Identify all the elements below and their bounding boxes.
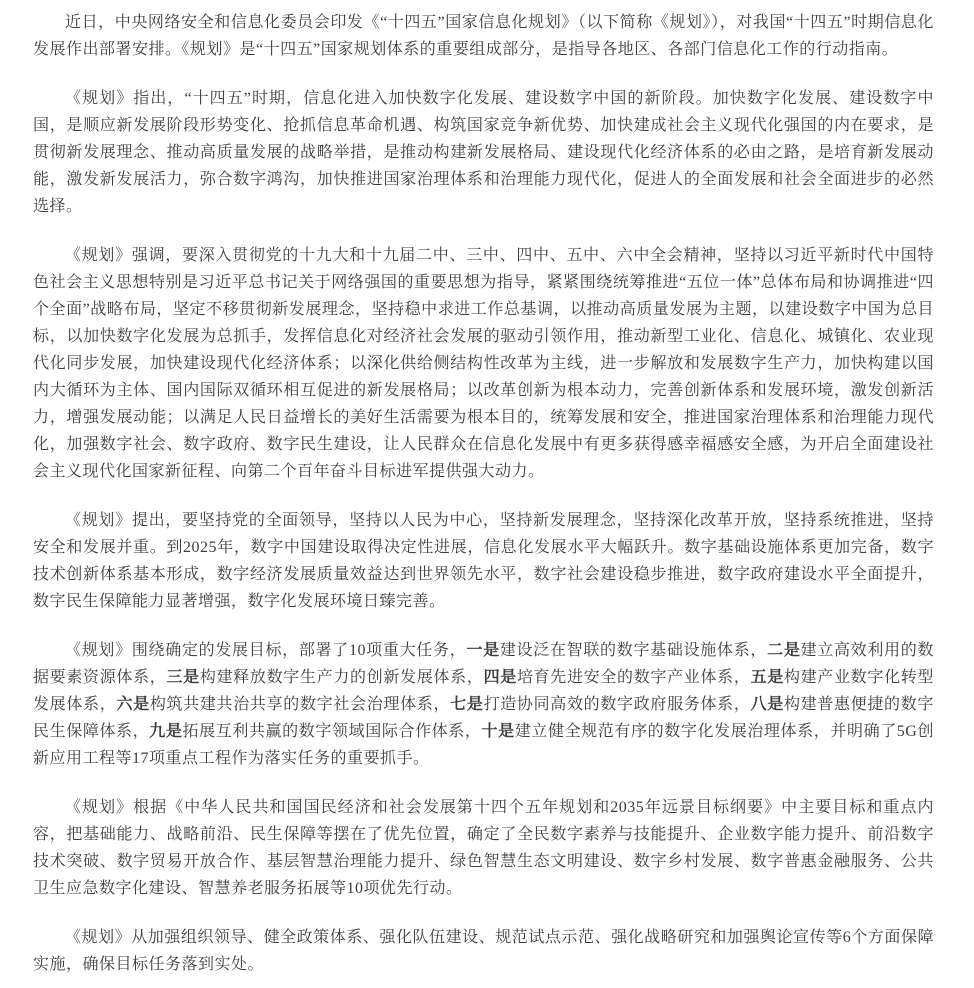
paragraph: 《规划》从加强组织领导、健全政策体系、强化队伍建设、规范试点示范、强化战略研究和… [33, 924, 934, 978]
emphasis-run: 四是 [484, 669, 517, 686]
paragraph: 《规划》指出，“十四五”时期，信息化进入加快数字化发展、建设数字中国的新阶段。加… [33, 85, 934, 220]
text-run: 打造协同高效的数字政府服务体系， [484, 696, 751, 713]
emphasis-run: 六是 [116, 696, 149, 713]
emphasis-run: 一是 [466, 642, 499, 659]
text-run: 《规划》强调，要深入贯彻党的十九大和十九届二中、三中、四中、五中、六中全会精神，… [33, 247, 934, 480]
text-run: 构建释放数字生产力的创新发展体系， [200, 669, 484, 686]
emphasis-run: 五是 [751, 669, 784, 686]
text-run: 建设泛在智联的数字基础设施体系， [500, 642, 767, 659]
text-run: 《规划》指出，“十四五”时期，信息化进入加快数字化发展、建设数字中国的新阶段。加… [33, 90, 934, 215]
emphasis-run: 十是 [482, 723, 515, 740]
paragraph: 《规划》强调，要深入贯彻党的十九大和十九届二中、三中、四中、五中、六中全会精神，… [33, 242, 934, 485]
paragraph: 《规划》围绕确定的发展目标，部署了10项重大任务，一是建设泛在智联的数字基础设施… [33, 637, 934, 772]
paragraph: 《规划》根据《中华人民共和国国民经济和社会发展第十四个五年规划和2035年远景目… [33, 794, 934, 902]
text-run: 培育先进安全的数字产业体系， [517, 669, 751, 686]
paragraph: 近日，中央网络安全和信息化委员会印发《“十四五”国家信息化规划》（以下简称《规划… [33, 9, 934, 63]
text-run: 《规划》提出，要坚持党的全面领导，坚持以人民为中心，坚持新发展理念，坚持深化改革… [33, 512, 934, 610]
paragraph: 《规划》提出，要坚持党的全面领导，坚持以人民为中心，坚持新发展理念，坚持深化改革… [33, 507, 934, 615]
emphasis-run: 三是 [167, 669, 200, 686]
text-run: 《规划》从加强组织领导、健全政策体系、强化队伍建设、规范试点示范、强化战略研究和… [33, 929, 934, 973]
text-run: 拓展互利共赢的数字领域国际合作体系， [183, 723, 482, 740]
text-run: 构筑共建共治共享的数字社会治理体系， [150, 696, 450, 713]
text-run: 《规划》根据《中华人民共和国国民经济和社会发展第十四个五年规划和2035年远景目… [33, 799, 934, 897]
emphasis-run: 八是 [751, 696, 784, 713]
text-run: 近日，中央网络安全和信息化委员会印发《“十四五”国家信息化规划》（以下简称《规划… [33, 14, 934, 58]
text-run: 《规划》围绕确定的发展目标，部署了10项重大任务， [65, 642, 466, 659]
emphasis-run: 二是 [767, 642, 800, 659]
emphasis-run: 七是 [450, 696, 483, 713]
emphasis-run: 九是 [149, 723, 182, 740]
article-body: 近日，中央网络安全和信息化委员会印发《“十四五”国家信息化规划》（以下简称《规划… [0, 0, 974, 988]
